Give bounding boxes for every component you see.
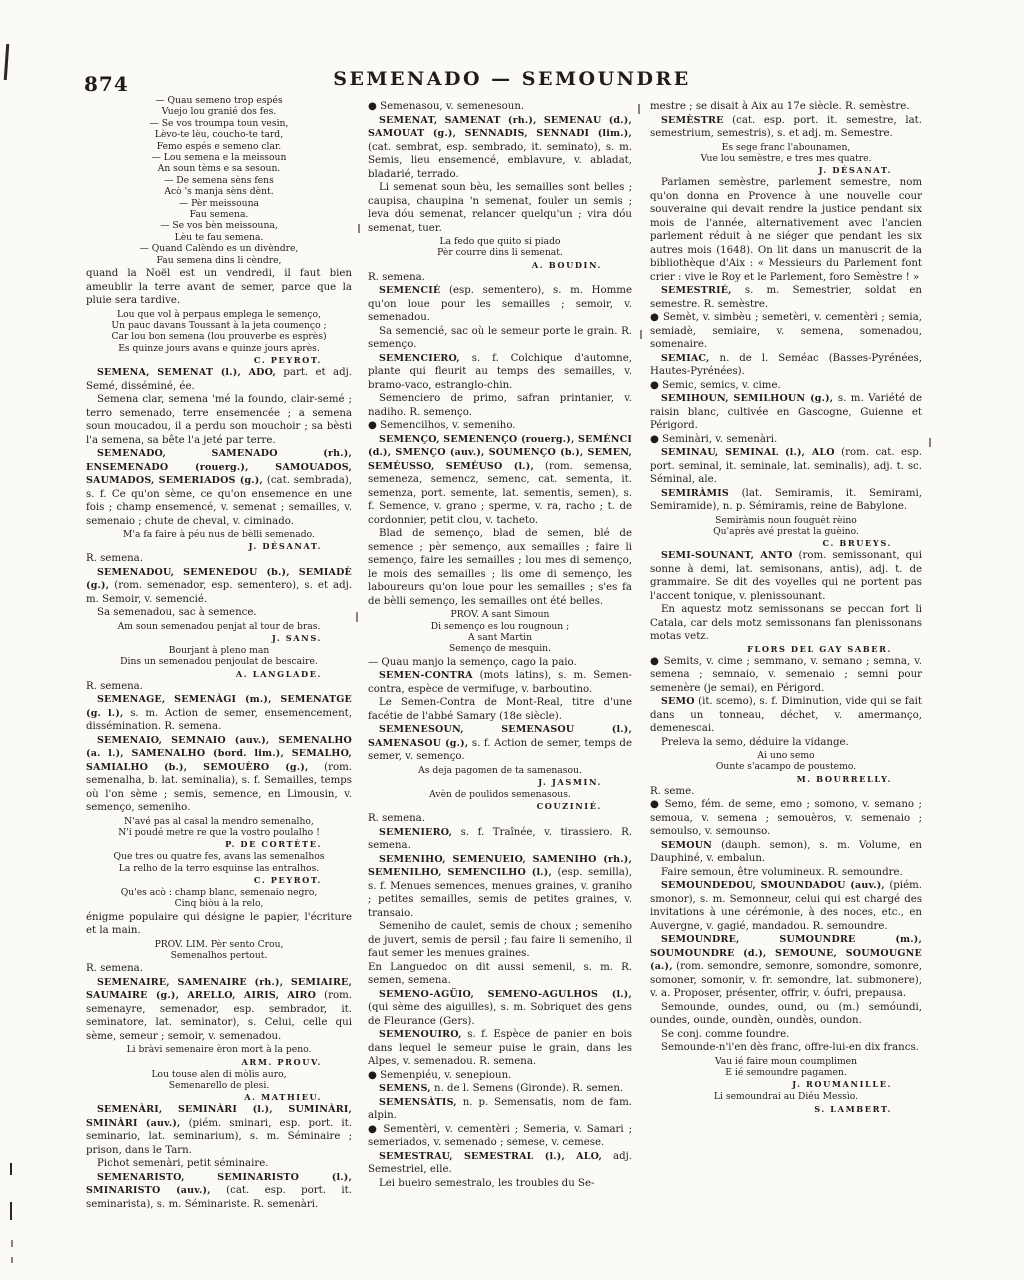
entry-headword: SEMIRÀMIS	[661, 488, 729, 499]
verse-line: Femo espés e semeno clar.	[86, 141, 352, 152]
verse-line: Li semoundrai au Diéu Messìo.	[650, 1091, 922, 1102]
entry-headword: SEMINAU, SEMINAL (l.), ALO	[661, 447, 835, 458]
verse-line: A sant Martin	[368, 632, 632, 643]
verse-line: — Quau semeno trop espés	[86, 95, 352, 106]
dictionary-entry: SEMENAT, SAMENAT (rh.), SEMENAU (d.), SA…	[368, 114, 632, 182]
paragraph: Se conj. comme foundre.	[650, 1028, 922, 1042]
verse-line: Semenalhos pertout.	[86, 950, 352, 961]
verse-line: Semenarello de plesi.	[86, 1080, 352, 1091]
entry-headword: SEMENOUIRO,	[379, 1029, 462, 1040]
dictionary-entry: SEMOUN (dauph. semon), s. m. Volume, en …	[650, 839, 922, 866]
paragraph: Semena clar, semena 'mé la foundo, clair…	[86, 393, 352, 447]
verse-citation: Semiràmis noun fouguèt rèinoQu'après avé…	[650, 514, 922, 539]
verse-citation: Vau ié faire moun coumplimenE ié semound…	[650, 1055, 922, 1080]
verse-line: Fau semena dins li cèndre,	[86, 255, 352, 266]
verse-line: — De semena sèns fens	[86, 175, 352, 186]
dictionary-entry: SEMENAGE, SEMENÀGI (m.), SEMENATGE (g. l…	[86, 693, 352, 734]
scan-artifact	[10, 1202, 12, 1220]
verse-line: Es quinze jours avans e quinze jours apr…	[86, 343, 352, 354]
paragraph: R. semena.	[368, 271, 632, 285]
verse-citation: PROV. LIM. Pèr sento Crou,Semenalhos per…	[86, 938, 352, 963]
verse-line: Cinq biòu à la relo,	[86, 898, 352, 909]
paragraph: R. semena.	[368, 812, 632, 826]
verse-line: Ounte s'acampo de poustemo.	[650, 761, 922, 772]
citation-author: COUZINIÉ.	[368, 801, 632, 812]
verse-line: An soun tèms e sa sesoun.	[86, 163, 352, 174]
entry-body: (cat. sembrat, esp. sembrado, it. semina…	[368, 142, 632, 180]
verse-citation: Li bràvi semenaire èron mort à la peno.	[86, 1043, 352, 1056]
entry-headword: SEMESTRAU, SEMESTRAL (l.), ALO,	[379, 1151, 602, 1162]
entry-headword: SEMENS,	[379, 1083, 431, 1094]
paragraph: ● Sementèri, v. cementèri ; Semeria, v. …	[368, 1123, 632, 1150]
dictionary-entry: SEMENSÀTIS, n. p. Semensatis, nom de fam…	[368, 1096, 632, 1123]
scan-artifact	[10, 1163, 12, 1175]
paragraph: Semounde-n'i'en dès franc, offre-lui-en …	[650, 1041, 922, 1055]
dictionary-entry: SEMENA, SEMENAT (l.), ADO, part. et adj.…	[86, 366, 352, 393]
entry-headword: SEMESTRIÉ,	[661, 285, 732, 296]
verse-line: Avèn de poulidos semenasous.	[368, 789, 632, 800]
paragraph: ● Seminàri, v. semenàri.	[650, 433, 922, 447]
entry-headword: SEMENIERO,	[379, 827, 452, 838]
scan-artifact	[11, 1257, 13, 1263]
verse-line: N'avé pas al casal la mendro semenalho,	[86, 816, 352, 827]
paragraph: Semeniho de caulet, semis de choux ; sem…	[368, 920, 632, 961]
paragraph: Le Semen-Contra de Mont-Real, titre d'un…	[368, 696, 632, 723]
verse-line: Lou que vol à perpaus emplega le semenço…	[86, 309, 352, 320]
verse-citation: Qu'es acò : champ blanc, semenaio negro,…	[86, 886, 352, 911]
verse-citation: M'a fa faire à péu nus de bèlli semenado…	[86, 528, 352, 541]
dictionary-entry: SEMENÇO, SEMENENÇO (rouerg.), SEMÉNCI (d…	[368, 433, 632, 528]
verse-citation: Avèn de poulidos semenasous.	[368, 788, 632, 801]
entry-headword: SEMIHOUN, SEMILHOUN (g.),	[661, 393, 833, 404]
paragraph: ● Semic, semics, v. cime.	[650, 379, 922, 393]
paragraph: mestre ; se disait à Aix au 17e siècle. …	[650, 100, 922, 114]
verse-citation: Lou touse alen di mòlis auro,Semenarello…	[86, 1068, 352, 1093]
scan-artifact	[358, 224, 360, 233]
paragraph: En Languedoc on dit aussi semenil, s. m.…	[368, 961, 632, 988]
verse-line: N'i poudé metre re que la vostro poulalh…	[86, 827, 352, 838]
entry-headword: SEMÈSTRE	[661, 115, 724, 126]
entry-headword: SEMENSÀTIS,	[379, 1097, 457, 1108]
dictionary-entry: SEMENAIRE, SAMENAIRE (rh.), SEMIAIRE, SA…	[86, 976, 352, 1044]
verse-line: — Se vos troumpa toun vesin,	[86, 118, 352, 129]
verse-line: Vue lou semèstre, e tres mes quatre.	[650, 153, 922, 164]
column-left: — Quau semeno trop espésVuejo lou granié…	[86, 94, 352, 1211]
entry-headword: SEMEN-CONTRA	[379, 670, 473, 681]
dictionary-entry: SEMENCIÉ (esp. sementero), s. m. Homme q…	[368, 284, 632, 325]
dictionary-entry: SEMÈSTRE (cat. esp. port. it. semestre, …	[650, 114, 922, 141]
verse-line: Qu'après avé prestat la guèino.	[650, 526, 922, 537]
citation-author: C. PEYROT.	[86, 355, 352, 366]
paragraph: Lei bueiro semestralo, les troubles du S…	[368, 1177, 632, 1191]
verse-line: Qu'es acò : champ blanc, semenaio negro,	[86, 887, 352, 898]
paragraph: R. semena.	[86, 680, 352, 694]
citation-author: FLORS DEL GAY SABER.	[650, 644, 922, 655]
paragraph: Blad de semenço, blad de semen, blé de s…	[368, 527, 632, 608]
entry-body: (rom. semondre, semonre, somondre, somon…	[650, 961, 922, 999]
citation-author: M. BOURRELLY.	[650, 774, 922, 785]
paragraph: Preleva la semo, déduire la vidange.	[650, 736, 922, 750]
verse-line: Am soun semenadou penjat al tour de bras…	[86, 621, 352, 632]
entry-headword: SEMO	[661, 696, 695, 707]
verse-line: — Pèr meissouna	[86, 198, 352, 209]
verse-line: — Se vos bèn meissouna,	[86, 220, 352, 231]
entry-headword: SEMOUN	[661, 840, 712, 851]
dictionary-entry: SEMENS, n. de l. Semens (Gironde). R. se…	[368, 1082, 632, 1096]
verse-line: — Lou semena e la meissoun	[86, 152, 352, 163]
verse-line: La fedo que quito si piado	[368, 236, 632, 247]
paragraph: ● Semencilhos, v. semeniho.	[368, 419, 632, 433]
dictionary-entry: SEMENESOUN, SEMENASOU (l.), SAMENASOU (g…	[368, 723, 632, 764]
entry-headword: SEMENO-AGÜIO, SEMENO-AGULHOS (l.),	[379, 989, 632, 1000]
verse-citation: N'avé pas al casal la mendro semenalho,N…	[86, 815, 352, 840]
entry-body: (rom. semenador, esp. sementero), s. et …	[86, 580, 352, 605]
citation-author: J. SANS.	[86, 633, 352, 644]
paragraph: ● Semits, v. cime ; semmano, v. semano ;…	[650, 655, 922, 696]
dictionary-entry: SEMIHOUN, SEMILHOUN (g.), s. m. Variété …	[650, 392, 922, 433]
dictionary-entry: SEMENO-AGÜIO, SEMENO-AGULHOS (l.), (qui …	[368, 988, 632, 1029]
paragraph: Li semenat soun bèu, les semailles sont …	[368, 181, 632, 235]
verse-citation: PROV. A sant SimounDi semenço es lou rou…	[368, 608, 632, 656]
column-middle: ● Semenasou, v. semenesoun.SEMENAT, SAME…	[368, 100, 632, 1190]
paragraph: quand la Noël est un vendredi, il faut b…	[86, 267, 352, 308]
paragraph: Pichot semenàri, petit séminaire.	[86, 1157, 352, 1171]
verse-line: Un pauc davans Toussant à la jeta coumen…	[86, 320, 352, 331]
paragraph: ● Semenpiéu, v. senepioun.	[368, 1069, 632, 1083]
dictionary-entry: SEMIRÀMIS (lat. Semiramis, it. Semirami,…	[650, 487, 922, 514]
verse-line: Ai uno semo	[650, 750, 922, 761]
entry-headword: SEMENAIRE, SAMENAIRE (rh.), SEMIAIRE, SA…	[86, 977, 352, 1002]
entry-headword: SEMI-SOUNANT, ANTO	[661, 550, 793, 561]
paragraph: Semounde, oundes, ound, ou (m.) semóundi…	[650, 1001, 922, 1028]
dictionary-entry: SEMENAIO, SEMNAIO (auv.), SEMENALHO (a. …	[86, 734, 352, 815]
paragraph: Sa semenadou, sac à semence.	[86, 606, 352, 620]
verse-line: Pèr courre dins li semenat.	[368, 247, 632, 258]
verse-line: Di semenço es lou rougnoun ;	[368, 621, 632, 632]
verse-line: PROV. A sant Simoun	[368, 609, 632, 620]
scan-artifact	[356, 612, 358, 622]
dictionary-entry: SEMIAC, n. de l. Seméac (Basses-Pyrénées…	[650, 352, 922, 379]
dictionary-entry: SEMENADO, SAMENADO (rh.), ENSEMENADO (ro…	[86, 447, 352, 528]
entry-headword: SEMIAC,	[661, 353, 710, 364]
dictionary-entry: SEMINAU, SEMINAL (l.), ALO (rom. cat. es…	[650, 446, 922, 487]
verse-line: Semiràmis noun fouguèt rèino	[650, 515, 922, 526]
paragraph: Sa semencié, sac où le semeur porte le g…	[368, 325, 632, 352]
dictionary-entry: SEMENCIERO, s. f. Colchique d'automne, p…	[368, 352, 632, 393]
verse-line: Lèvo-te lèu, coucho-te tard,	[86, 129, 352, 140]
dictionary-entry: SEMENARISTO, SEMINARISTO (l.), SMINARIST…	[86, 1171, 352, 1212]
citation-author: J. DÉSANAT.	[650, 165, 922, 176]
verse-line: Lèu te fau semena.	[86, 232, 352, 243]
verse-citation: As deja pagomen de ta samenasou.	[368, 764, 632, 777]
dictionary-entry: SEMOUNDRE, SUMOUNDRE (m.), SOUMOUNDRE (d…	[650, 933, 922, 1001]
paragraph: R. semena.	[86, 552, 352, 566]
paragraph: ● Semenasou, v. semenesoun.	[368, 100, 632, 114]
entry-headword: SEMENCIERO,	[379, 353, 460, 364]
dictionary-entry: SEMI-SOUNANT, ANTO (rom. semissonant, qu…	[650, 549, 922, 603]
dictionary-entry: SEMENOUIRO, s. f. Espèce de panier en bo…	[368, 1028, 632, 1069]
paragraph: ● Semèt, v. simbèu ; semetèri, v. cement…	[650, 311, 922, 352]
verse-line: Li bràvi semenaire èron mort à la peno.	[86, 1044, 352, 1055]
scan-artifact	[11, 1240, 13, 1247]
citation-author: J. ROUMANILLE.	[650, 1079, 922, 1090]
scan-artifact	[640, 330, 642, 339]
entry-headword: SEMENA, SEMENAT (l.), ADO,	[97, 367, 276, 378]
citation-author: J. DÉSANAT.	[86, 541, 352, 552]
verse-citation: Bourjant à pleno manDins un semenadou pe…	[86, 644, 352, 669]
verse-line: Que tres ou quatre fes, avans las semena…	[86, 851, 352, 862]
dictionary-entry: SEMESTRAU, SEMESTRAL (l.), ALO, adj. Sem…	[368, 1150, 632, 1177]
citation-author: C. PEYROT.	[86, 875, 352, 886]
citation-author: A. BOUDIN.	[368, 260, 632, 271]
paragraph: Semenciero de primo, safran printanier, …	[368, 392, 632, 419]
verse-line: Fau semena.	[86, 209, 352, 220]
verse-line: Bourjant à pleno man	[86, 645, 352, 656]
dictionary-entry: SEMESTRIÉ, s. m. Semestrier, soldat en s…	[650, 284, 922, 311]
verse-line: Car lou bon semena (lou prouverbe es esp…	[86, 331, 352, 342]
entry-body: s. m. Action de semer, ensemencement, di…	[86, 708, 352, 733]
entry-body: (qui sème des aiguilles), s. m. Sobrique…	[368, 1002, 632, 1027]
verse-line: Dins un semenadou penjoulat de bescaire.	[86, 656, 352, 667]
verse-citation: Li semoundrai au Diéu Messìo.	[650, 1090, 922, 1103]
citation-author: A. LANGLADE.	[86, 669, 352, 680]
verse-citation: Que tres ou quatre fes, avans las semena…	[86, 850, 352, 875]
verse-line: Vuejo lou granié dos fes.	[86, 106, 352, 117]
citation-author: J. JASMIN.	[368, 777, 632, 788]
verse-line: La relho de la terro esquinse las entral…	[86, 863, 352, 874]
paragraph: R. semena.	[86, 962, 352, 976]
verse-line: M'a fa faire à péu nus de bèlli semenado…	[86, 529, 352, 540]
verse-line: Es sege franc l'abounamen,	[650, 142, 922, 153]
verse-citation: La fedo que quito si piadoPèr courre din…	[368, 235, 632, 260]
column-right: mestre ; se disait à Aix au 17e siècle. …	[650, 100, 922, 1114]
entry-headword: SEMOUNDEDOU, SMOUNDADOU (auv.),	[661, 880, 885, 891]
entry-headword: SEMENCIÉ	[379, 285, 440, 296]
dictionary-entry: SEMENADOU, SEMENEDOU (b.), SEMIADÈ (g.),…	[86, 566, 352, 607]
dictionary-entry: SEMEN-CONTRA (mots latins), s. m. Semen-…	[368, 669, 632, 696]
paragraph: ● Semo, fém. de seme, emo ; somono, v. s…	[650, 798, 922, 839]
citation-author: C. BRUEYS.	[650, 538, 922, 549]
verse-citation: Ai uno semoOunte s'acampo de poustemo.	[650, 749, 922, 774]
verse-line: PROV. LIM. Pèr sento Crou,	[86, 939, 352, 950]
citation-author: S. LAMBERT.	[650, 1104, 922, 1115]
verse-citation: — Quau semeno trop espésVuejo lou granié…	[86, 94, 352, 267]
dictionary-entry: SEMOUNDEDOU, SMOUNDADOU (auv.), (piém. s…	[650, 879, 922, 933]
verse-citation: Es sege franc l'abounamen,Vue lou semèst…	[650, 141, 922, 166]
verse-line: Vau ié faire moun coumplimen	[650, 1056, 922, 1067]
paragraph: En aquestz motz semissonans se peccan fo…	[650, 603, 922, 644]
citation-author: ARM. PROUV.	[86, 1057, 352, 1068]
page-header: SEMENADO — SEMOUNDRE	[0, 68, 1024, 90]
dictionary-entry: SEMENIHO, SEMENUEIO, SAMENIHO (rh.), SEM…	[368, 853, 632, 921]
verse-line: Lou touse alen di mòlis auro,	[86, 1069, 352, 1080]
citation-author: P. DE CORTÈTE.	[86, 839, 352, 850]
entry-body: n. de l. Semens (Gironde). R. semen.	[431, 1083, 623, 1094]
dictionary-entry: SEMENÀRI, SEMINÀRI (l.), SUMINÀRI, SMINÀ…	[86, 1103, 352, 1157]
entry-headword: SEMENAT, SAMENAT (rh.), SEMENAU (d.), SA…	[368, 115, 632, 140]
paragraph: énigme populaire qui désigne le papier, …	[86, 911, 352, 938]
paragraph: R. seme.	[650, 785, 922, 799]
verse-citation: Am soun semenadou penjat al tour de bras…	[86, 620, 352, 633]
dictionary-entry: SEMENIERO, s. f. Traînée, v. tirassiero.…	[368, 826, 632, 853]
scan-artifact	[929, 438, 931, 447]
verse-line: E ié semoundre pagamen.	[650, 1067, 922, 1078]
citation-author: A. MATHIEU.	[86, 1092, 352, 1103]
verse-line: As deja pagomen de ta samenasou.	[368, 765, 632, 776]
scanned-dictionary-page: 874 SEMENADO — SEMOUNDRE — Quau semeno t…	[0, 0, 1024, 1280]
verse-line: — Quand Calèndo es un divèndre,	[86, 243, 352, 254]
paragraph: Faire semoun, être volumineux. R. semoun…	[650, 866, 922, 880]
verse-line: Acò 's manja sèns dènt.	[86, 186, 352, 197]
dictionary-entry: SEMO (it. scemo), s. f. Diminution, vide…	[650, 695, 922, 736]
paragraph: — Quau manjo la semenço, cago la paio.	[368, 656, 632, 670]
verse-citation: Lou que vol à perpaus emplega le semenço…	[86, 308, 352, 356]
paragraph: Parlamen semèstre, parlement semestre, n…	[650, 176, 922, 284]
verse-line: Semenço de mesquin.	[368, 643, 632, 654]
scan-artifact	[638, 104, 640, 114]
